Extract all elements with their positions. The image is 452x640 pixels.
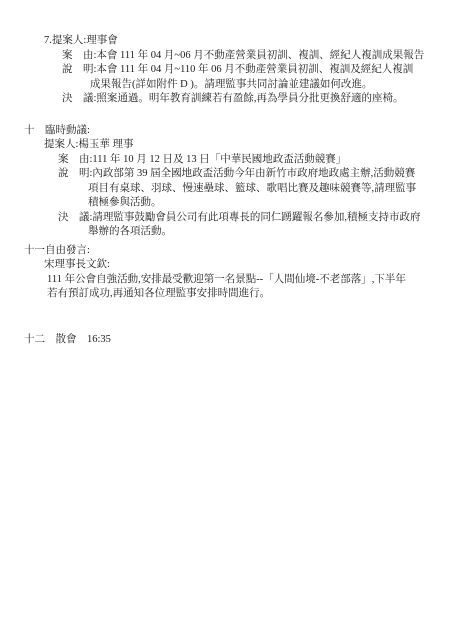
agenda-item-10-motions: 十 臨時動議: 提案人:楊玉華 理事 案 由:111 年 10 月 12 日及 … — [0, 124, 452, 240]
item7-resolution-line: 決 議:照案通過。明年教育訓練若有盈餘,再為學員分批更換舒適的座椅。 — [0, 92, 452, 107]
item7-case-line: 案 由:本會 111 年 04 月~06 月不動產營業員初訓、複訓、經紀人複訓成… — [0, 49, 452, 64]
item11-heading: 十一自由發言: — [0, 244, 452, 259]
agenda-item-12-adjournment: 十二 散會 16:35 — [0, 333, 452, 348]
item10-case-line: 案 由:111 年 10 月 12 日及 13 日「中華民國地政盃活動競賽」 — [0, 153, 452, 168]
item10-proposer-line: 提案人:楊玉華 理事 — [0, 138, 452, 153]
item11-statement-line-2: 若有預訂成功,再通知各位理監事安排時間進行。 — [0, 287, 452, 302]
item12-closing-line: 十二 散會 16:35 — [0, 333, 452, 348]
item7-explanation-line-1: 說 明:本會 111 年 04 月~110 年 06 月不動產營業員初訓、複訓及… — [0, 63, 452, 78]
agenda-item-11-free-speech: 十一自由發言: 宋理事長文欽: 111 年公會自強活動,安排最受歡迎第一名景點-… — [0, 244, 452, 302]
item10-explanation-line-3: 積極參與活動。 — [0, 196, 452, 211]
item7-explanation-line-2: 成果報告(詳如附件 D )。請理監事共同討論並建議如何改進。 — [0, 78, 452, 93]
item11-speaker-line: 宋理事長文欽: — [0, 258, 452, 273]
item10-explanation-line-1: 說 明:內政部第 39 屆全國地政盃活動今年由新竹市政府地政處主辦,活動競賽 — [0, 167, 452, 182]
agenda-item-7: 7.提案人:理事會 案 由:本會 111 年 04 月~06 月不動產營業員初訓… — [0, 34, 452, 107]
meeting-minutes-page: 7.提案人:理事會 案 由:本會 111 年 04 月~06 月不動產營業員初訓… — [0, 0, 452, 640]
item7-proposer-line: 7.提案人:理事會 — [0, 34, 452, 49]
item11-statement-line-1: 111 年公會自強活動,安排最受歡迎第一名景點--「人間仙境-不老部落」,下半年 — [0, 273, 452, 288]
item10-resolution-line-2: 舉辦的各項活動。 — [0, 225, 452, 240]
item10-explanation-line-2: 項目有桌球、羽球、慢速壘球、籃球、歌唱比賽及趣味競賽等,請理監事 — [0, 182, 452, 197]
item10-heading: 十 臨時動議: — [0, 124, 452, 139]
item10-resolution-line-1: 決 議:請理監事鼓勵會員公司有此項專長的同仁踴躍報名參加,積極支持市政府 — [0, 211, 452, 226]
